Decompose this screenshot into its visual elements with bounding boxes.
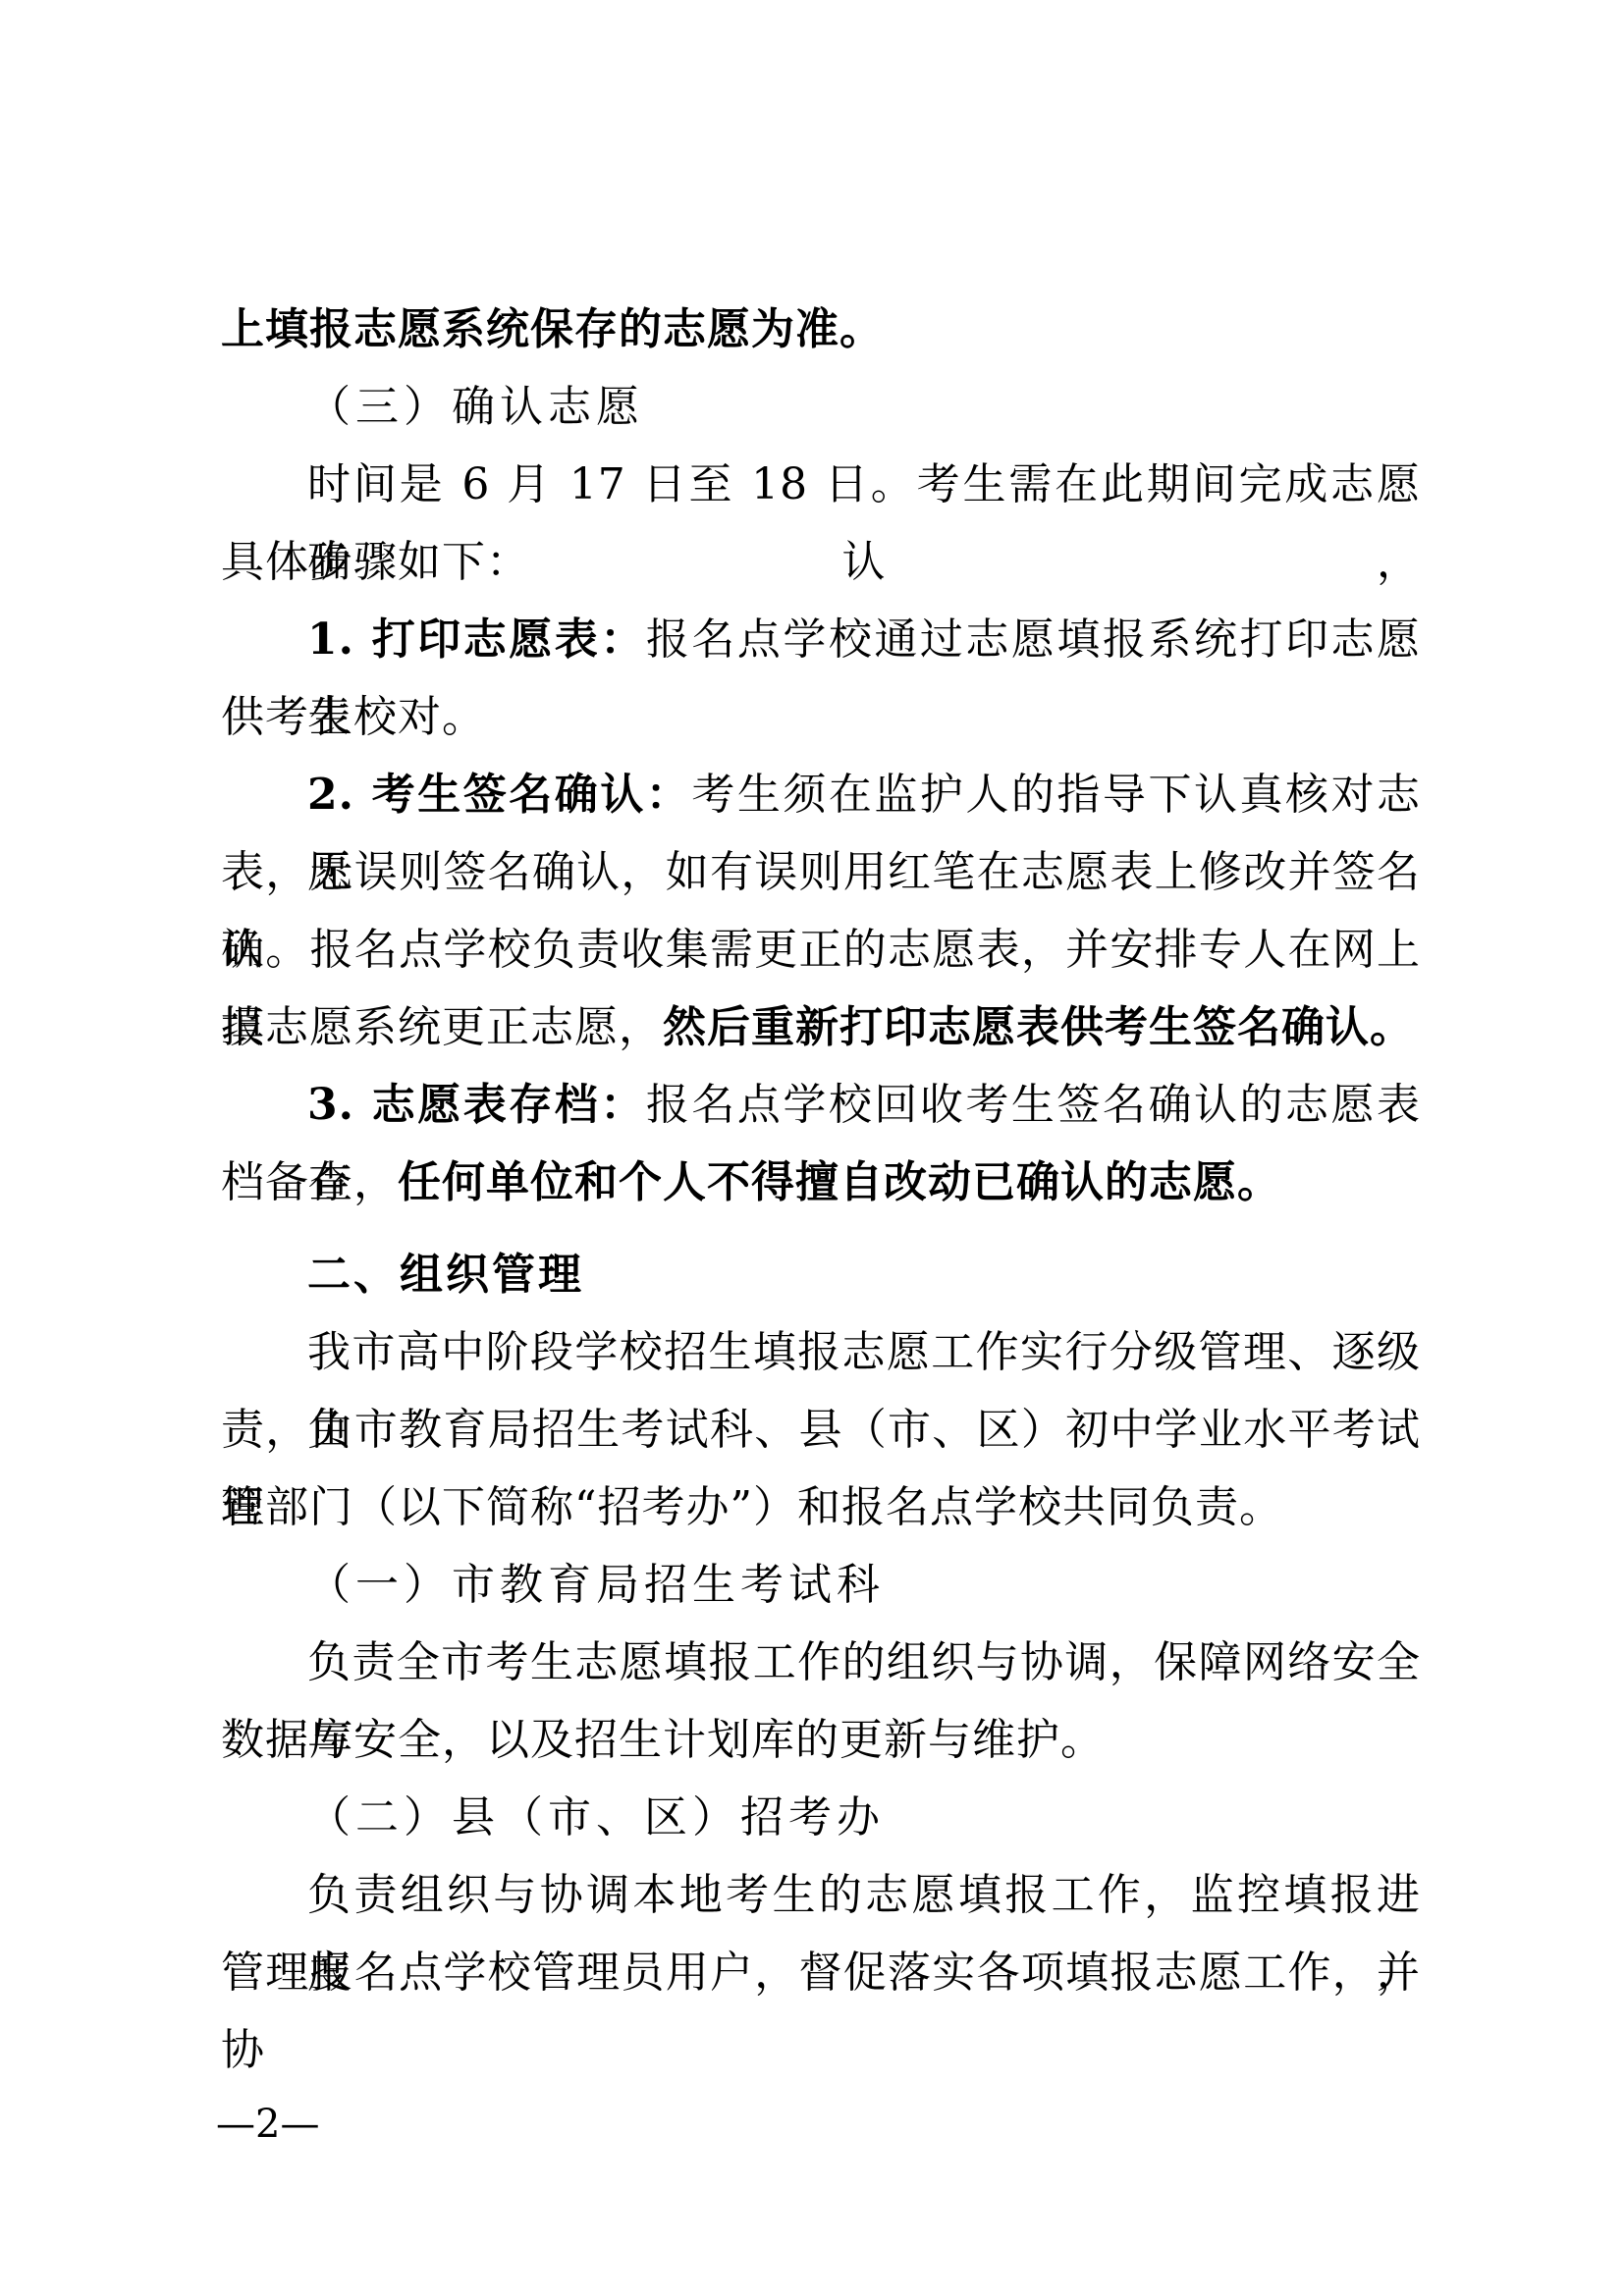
paragraph-line: 报志愿系统更正志愿，然后重新打印志愿表供考生签名确认。 <box>221 988 1421 1066</box>
text-run: 供考生校对。 <box>221 692 486 742</box>
paragraph-line: 负责组织与协调本地考生的志愿填报工作，监控填报进度， <box>221 1856 1421 1934</box>
text-run: 档备查， <box>221 1157 398 1207</box>
text-run: 理部门（以下简称“招考办”）和报名点学校共同负责。 <box>221 1482 1283 1532</box>
text-run: （二）县（市、区）招考办 <box>307 1792 885 1842</box>
paragraph-line: 认。报名点学校负责收集需更正的志愿表，并安排专人在网上填 <box>221 911 1421 988</box>
step-label: 2. 考生签名确认： <box>307 770 691 820</box>
text-run: 数据库安全，以及招生计划库的更新与维护。 <box>221 1715 1105 1765</box>
subheading-confirm-volunteer: （三）确认志愿 <box>221 368 1421 446</box>
document-body: 上填报志愿系统保存的志愿为准。 （三）确认志愿 时间是 6 月 17 日至 18… <box>221 291 1421 2011</box>
paragraph-continuation-line: 上填报志愿系统保存的志愿为准。 <box>221 291 1421 368</box>
text-run: 上填报志愿系统保存的志愿为准。 <box>221 304 884 354</box>
paragraph-line: 负责全市考生志愿填报工作的组织与协调，保障网络安全与 <box>221 1624 1421 1701</box>
step-2-signature-line: 2. 考生签名确认：考生须在监护人的指导下认真核对志愿 <box>221 756 1421 833</box>
heading-text: 二、组织管理 <box>307 1250 584 1300</box>
text-run: 管理报名点学校管理员用户，督促落实各项填报志愿工作，并协 <box>221 1948 1421 2075</box>
text-run: 报志愿系统更正志愿， <box>221 1002 663 1052</box>
paragraph-line: 供考生校对。 <box>221 678 1421 756</box>
paragraph-line: 档备查，任何单位和个人不得擅自改动已确认的志愿。 <box>221 1144 1421 1221</box>
page-number: —2— <box>216 2101 319 2148</box>
document-page: 上填报志愿系统保存的志愿为准。 （三）确认志愿 时间是 6 月 17 日至 18… <box>0 0 1624 2296</box>
emphasis-run: 然后重新打印志愿表供考生签名确认。 <box>663 1002 1414 1052</box>
paragraph-line: 数据库安全，以及招生计划库的更新与维护。 <box>221 1701 1421 1779</box>
subheading-city-exam-section: （一）市教育局招生考试科 <box>221 1546 1421 1624</box>
section-heading-organization: 二、组织管理 <box>221 1236 1421 1313</box>
emphasis-run: 任何单位和个人不得擅自改动已确认的志愿。 <box>398 1157 1281 1207</box>
paragraph-line: 责，由市教育局招生考试科、县（市、区）初中学业水平考试管 <box>221 1391 1421 1468</box>
step-label: 3. 志愿表存档： <box>307 1080 646 1130</box>
subheading-county-office: （二）县（市、区）招考办 <box>221 1779 1421 1856</box>
paragraph-line: 理部门（以下简称“招考办”）和报名点学校共同负责。 <box>221 1468 1421 1546</box>
step-label: 1. 打印志愿表： <box>307 614 646 665</box>
text-run: （三）确认志愿 <box>307 382 644 432</box>
paragraph-line: 时间是 6 月 17 日至 18 日。考生需在此期间完成志愿确认， <box>221 446 1421 523</box>
paragraph-line: 表，无误则签名确认，如有误则用红笔在志愿表上修改并签名确 <box>221 833 1421 911</box>
paragraph-line: 我市高中阶段学校招生填报志愿工作实行分级管理、逐级负 <box>221 1313 1421 1391</box>
text-run: 具体步骤如下： <box>221 537 530 587</box>
step-1-print-form-line: 1. 打印志愿表：报名点学校通过志愿填报系统打印志愿表 <box>221 601 1421 678</box>
text-run: （一）市教育局招生考试科 <box>307 1560 885 1610</box>
paragraph-line: 管理报名点学校管理员用户，督促落实各项填报志愿工作，并协 <box>221 1934 1421 2011</box>
step-3-archive-line: 3. 志愿表存档：报名点学校回收考生签名确认的志愿表存 <box>221 1066 1421 1144</box>
